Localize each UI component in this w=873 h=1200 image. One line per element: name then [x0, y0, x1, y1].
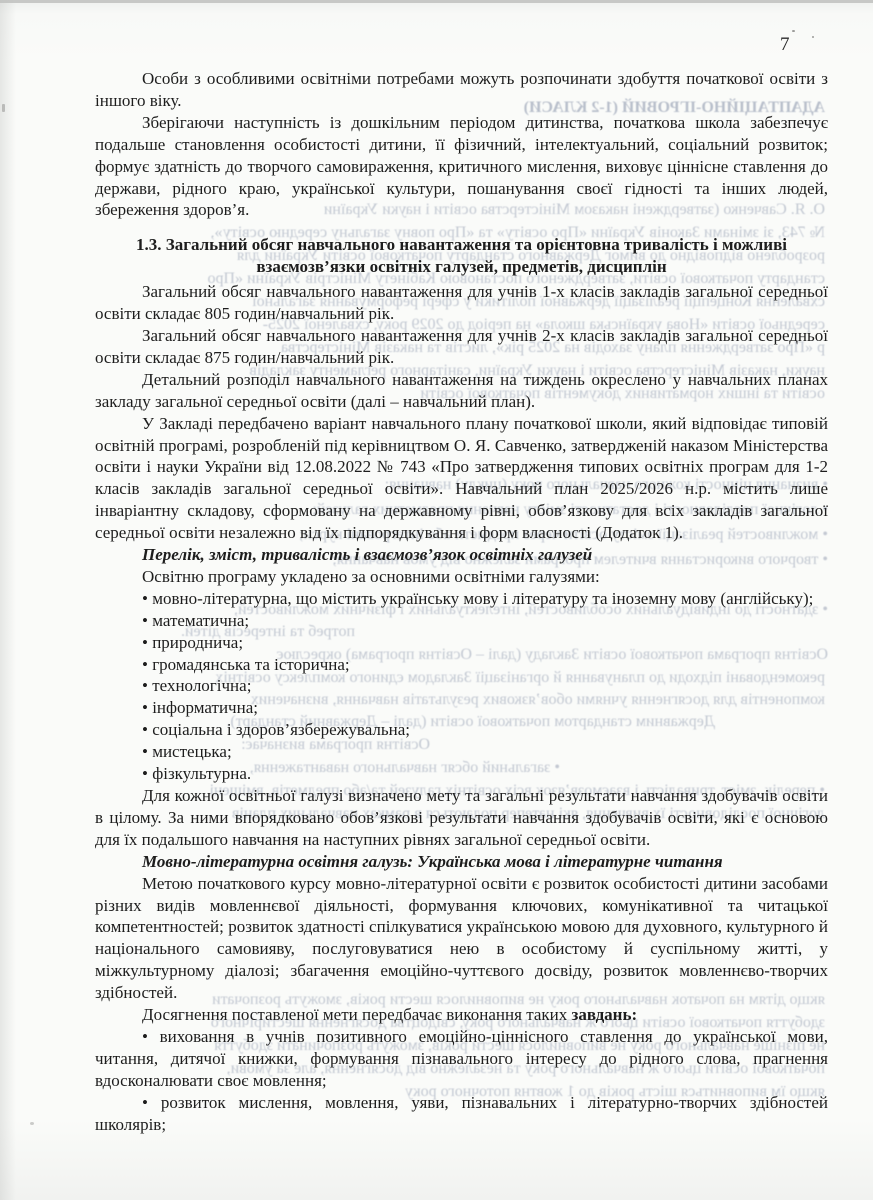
bullet-item: • виховання в учнів позитивного емоційно… [95, 1026, 828, 1092]
paragraph: Досягнення поставленої мети передбачає в… [95, 1004, 828, 1026]
bullet-item: • громадянська та історична; [95, 654, 828, 676]
paragraph: У Закладі передбачено варіант навчальног… [95, 413, 828, 544]
bullet-item: • математична; [95, 610, 828, 632]
page-number: 7 [780, 34, 790, 56]
paragraph: Для кожної освітньої галузі визначено ме… [95, 785, 828, 851]
document-content: Особи з особливими освітніми потребами м… [95, 68, 828, 1136]
bullet-item: • природнича; [95, 632, 828, 654]
bullet-item: • соціальна і здоров’язбережувальна; [95, 719, 828, 741]
section-heading: 1.3. Загальний обсяг навчального наванта… [95, 234, 828, 278]
bold-tail: завдань: [571, 1005, 637, 1024]
paragraph: Метою початкового курсу мовно-літературн… [95, 873, 828, 1004]
bullet-item: • розвиток мислення, мовлення, уяви, піз… [95, 1092, 828, 1136]
bullet-item: • мистецька; [95, 741, 828, 763]
subsection-heading: Мовно-літературна освітня галузь: Україн… [95, 851, 828, 873]
paragraph: Загальний обсяг навчального навантаження… [95, 281, 828, 325]
paragraph: Освітню програму укладено за основними о… [95, 566, 828, 588]
subsection-heading: Перелік, зміст, тривалість і взаємозв’яз… [95, 544, 828, 566]
paragraph: Детальний розподіл навчального навантаже… [95, 369, 828, 413]
scanned-document-page: АДАПТАЦІЙНО-ІГРОВИЙ (1-2 КЛАСИ)О. Я. Сав… [0, 0, 873, 1200]
bullet-item: • інформатична; [95, 697, 828, 719]
paragraph: Зберігаючи наступність із дошкільним пер… [95, 112, 828, 222]
bullet-item: • мовно-літературна, що містить українсь… [95, 588, 828, 610]
bullet-item: • фізкультурна. [95, 763, 828, 785]
paragraph: Особи з особливими освітніми потребами м… [95, 68, 828, 112]
bullet-item: • технологічна; [95, 675, 828, 697]
paragraph: Загальний обсяг навчального навантаження… [95, 325, 828, 369]
